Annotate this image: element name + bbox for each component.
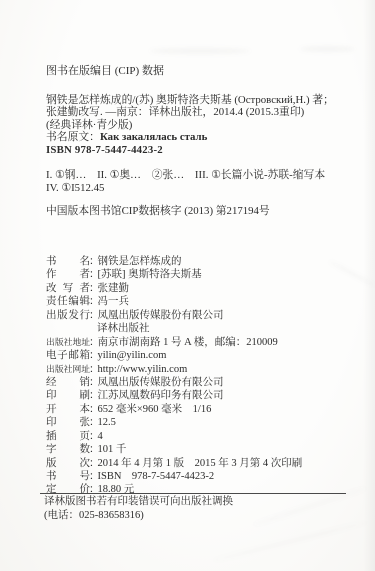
- colophon-row-printer: 印刷：江苏凤凰数码印务有限公司: [46, 389, 302, 402]
- row-value: 凤凰出版传媒股份有限公司: [98, 310, 224, 321]
- row-value: 钢铁是怎样炼成的: [98, 256, 182, 267]
- isbn: ISBN 978-7-5447-4423-2: [46, 144, 346, 156]
- row-label: 出版社网址: [46, 363, 90, 376]
- scan-smudge: [300, 46, 355, 52]
- row-label: 字数: [46, 443, 90, 456]
- copyright-page: 图书在版编目 (CIP) 数据 钢铁是怎样炼成的/(苏) 奥斯特洛夫斯基 (Ос…: [0, 0, 375, 571]
- classification-line: I. ①钢… II. ①奥… ②张… III. ①长篇小说-苏联-缩写本: [46, 169, 325, 182]
- row-value: http://www.yilin.com: [98, 364, 188, 375]
- colophon-row-title: 书名：钢铁是怎样炼成的: [46, 255, 302, 268]
- colophon-row-inserts: 插页：4: [46, 430, 302, 443]
- row-value: 冯一兵: [98, 296, 130, 307]
- colophon-row-publisher-cont: 译林出版社: [46, 322, 302, 335]
- row-value: 101 千: [98, 444, 127, 455]
- row-label: 开本: [46, 403, 90, 416]
- colophon-row-publisher: 出版发行：凤凰出版传媒股份有限公司: [46, 309, 302, 322]
- colophon: 书名：钢铁是怎样炼成的 作者：[苏联] 奥斯特洛夫斯基 改写者：张建勤 责任编辑…: [46, 255, 302, 497]
- row-value: 译林出版社: [97, 323, 150, 334]
- row-value: yilin@yilin.com: [98, 350, 167, 361]
- row-label: 改写者: [46, 282, 90, 295]
- series-note: (经典译林·青少版): [46, 119, 346, 131]
- colophon-row-distributor: 经销：凤凰出版传媒股份有限公司: [46, 376, 302, 389]
- colophon-row-format: 开本：652 毫米×960 毫米 1/16: [46, 403, 302, 416]
- row-value: 4: [98, 431, 103, 442]
- row-label: 印刷: [46, 389, 90, 402]
- row-value: 2014 年 4 月第 1 版 2015 年 3 月第 4 次印刷: [98, 458, 303, 469]
- errata-note: 译林版图书若有印装错误可向出版社调换: [44, 495, 233, 509]
- row-value: 652 毫米×960 毫米 1/16: [98, 404, 212, 415]
- row-label: 出版发行: [46, 309, 90, 322]
- colophon-row-isbn: 书号：ISBN 978-7-5447-4423-2: [46, 470, 302, 483]
- colophon-row-email: 电子邮箱：yilin@yilin.com: [46, 349, 302, 362]
- cip-record-block: 钢铁是怎样炼成的/(苏) 奥斯特洛夫斯基 (Островский,Н.) 著； …: [46, 94, 346, 156]
- row-value: [苏联] 奥斯特洛夫斯基: [98, 269, 202, 280]
- original-title-label: 书名原文：: [46, 131, 100, 143]
- footer: 译林版图书若有印装错误可向出版社调换 (电话：025-83658316): [44, 495, 233, 522]
- colophon-row-wordcount: 字数：101 千: [46, 443, 302, 456]
- colophon-row-adapter: 改写者：张建勤: [46, 282, 302, 295]
- row-value: 12.5: [98, 417, 116, 428]
- cip-record-number: 中国版本图书馆CIP数据核字 (2013) 第217194号: [46, 203, 270, 218]
- colophon-row-author: 作者：[苏联] 奥斯特洛夫斯基: [46, 268, 302, 281]
- cip-header: 图书在版编目 (CIP) 数据: [46, 62, 164, 78]
- row-label: 印张: [46, 416, 90, 429]
- cip-classification: I. ①钢… II. ①奥… ②张… III. ①长篇小说-苏联-缩写本 IV.…: [46, 169, 325, 195]
- original-title-line: 书名原文：Как закалялась сталь: [46, 131, 346, 143]
- scan-edge-shadow: [363, 0, 375, 571]
- scan-smudge: [150, 48, 250, 54]
- row-label: 书号: [46, 470, 90, 483]
- scan-streak: [212, 521, 368, 563]
- row-label: 作者: [46, 268, 90, 281]
- colophon-row-sheets: 印张：12.5: [46, 416, 302, 429]
- colophon-row-edition: 版次：2014 年 4 月第 1 版 2015 年 3 月第 4 次印刷: [46, 457, 302, 470]
- row-value: 江苏凤凰数码印务有限公司: [98, 390, 224, 401]
- row-value: 南京市湖南路 1 号 A 楼，邮编：210009: [98, 337, 278, 348]
- row-label: 插页: [46, 430, 90, 443]
- colophon-row-website: 出版社网址：http://www.yilin.com: [46, 363, 302, 376]
- errata-phone: (电话：025-83658316): [44, 509, 233, 523]
- row-label: 电子邮箱: [46, 349, 90, 362]
- original-title: Как закалялась сталь: [100, 131, 207, 143]
- cip-record-line: 钢铁是怎样炼成的/(苏) 奥斯特洛夫斯基 (Островский,Н.) 著；: [46, 94, 346, 106]
- row-value: 凤凰出版传媒股份有限公司: [98, 377, 224, 388]
- row-value: ISBN 978-7-5447-4423-2: [98, 471, 215, 482]
- colophon-row-address: 出版社地址：南京市湖南路 1 号 A 楼，邮编：210009: [46, 336, 302, 349]
- colophon-row-editor: 责任编辑：冯一兵: [46, 295, 302, 308]
- classification-line: IV. ①I512.45: [46, 182, 325, 195]
- divider: [40, 493, 346, 494]
- row-label: 出版社地址: [46, 336, 90, 349]
- row-label: 责任编辑: [46, 295, 90, 308]
- cip-record-line: 张建勤改写. —南京：译林出版社，2014.4 (2015.3重印): [46, 106, 346, 118]
- row-label: 版次: [46, 457, 90, 470]
- row-label: 书名: [46, 255, 90, 268]
- row-value: 张建勤: [98, 283, 130, 294]
- row-label: 经销: [46, 376, 90, 389]
